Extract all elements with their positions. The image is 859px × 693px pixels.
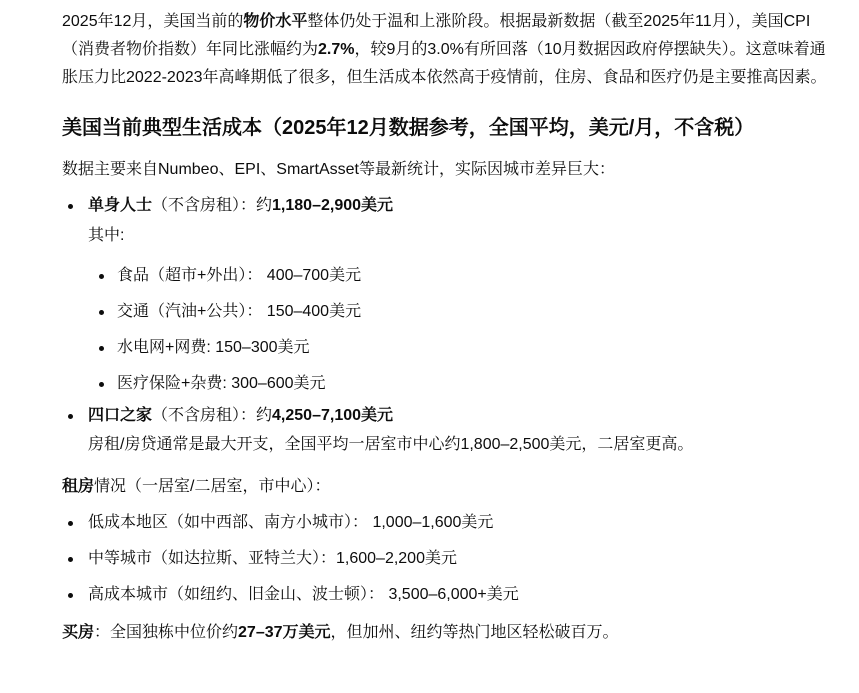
source-note-paragraph: 数据主要来自Numbeo、EPI、SmartAsset等最新统计，实际因城市差异… bbox=[62, 156, 835, 184]
intro-paragraph: 2025年12月，美国当前的物价水平整体仍处于温和上涨阶段。根据最新数据（截至2… bbox=[62, 8, 835, 92]
healthcare-line: 医疗保险+杂费: 300–600美元 bbox=[117, 370, 835, 398]
family-line: 四口之家（不含房租）：约4,250–7,100美元 bbox=[88, 402, 835, 430]
list-item-healthcare: 医疗保险+杂费: 300–600美元 bbox=[117, 370, 835, 398]
document-page: 2025年12月，美国当前的物价水平整体仍处于温和上涨阶段。根据最新数据（截至2… bbox=[0, 0, 859, 665]
list-item-transport: 交通（汽油+公共）： 150–400美元 bbox=[117, 298, 835, 326]
family-note: 房租/房贷通常是最大开支，全国平均一居室市中心约1,800–2,500美元，二居… bbox=[88, 431, 835, 459]
buy-paragraph: 买房：全国独栋中位价约27–37万美元，但加州、纽约等热门地区轻松破百万。 bbox=[62, 619, 835, 647]
section-heading: 美国当前典型生活成本（2025年12月数据参考，全国平均，美元/月，不含税） bbox=[62, 114, 835, 142]
cost-list: 单身人士（不含房租）：约1,180–2,900美元 其中: 食品（超市+外出）：… bbox=[62, 192, 835, 459]
list-item-mid-city: 中等城市（如达拉斯、亚特兰大）：1,600–2,200美元 bbox=[88, 545, 835, 573]
single-person-breakdown-list: 食品（超市+外出）： 400–700美元 交通（汽油+公共）： 150–400美… bbox=[88, 262, 835, 398]
food-line: 食品（超市+外出）： 400–700美元 bbox=[117, 262, 835, 290]
transport-line: 交通（汽油+公共）： 150–400美元 bbox=[117, 298, 835, 326]
low-cost-line: 低成本地区（如中西部、南方小城市）： 1,000–1,600美元 bbox=[88, 509, 835, 537]
mid-city-line: 中等城市（如达拉斯、亚特兰大）：1,600–2,200美元 bbox=[88, 545, 835, 573]
list-item-single-person: 单身人士（不含房租）：约1,180–2,900美元 其中: 食品（超市+外出）：… bbox=[88, 192, 835, 398]
list-item-family-of-four: 四口之家（不含房租）：约4,250–7,100美元 房租/房贷通常是最大开支，全… bbox=[88, 402, 835, 459]
list-item-food: 食品（超市+外出）： 400–700美元 bbox=[117, 262, 835, 290]
list-item-low-cost-area: 低成本地区（如中西部、南方小城市）： 1,000–1,600美元 bbox=[88, 509, 835, 537]
list-item-utilities: 水电网+网费: 150–300美元 bbox=[117, 334, 835, 362]
single-person-line: 单身人士（不含房租）：约1,180–2,900美元 bbox=[88, 192, 835, 220]
single-person-sublabel: 其中: bbox=[88, 222, 835, 250]
high-cost-line: 高成本城市（如纽约、旧金山、波士顿）： 3,500–6,000+美元 bbox=[88, 581, 835, 609]
utilities-line: 水电网+网费: 150–300美元 bbox=[117, 334, 835, 362]
list-item-high-cost-city: 高成本城市（如纽约、旧金山、波士顿）： 3,500–6,000+美元 bbox=[88, 581, 835, 609]
rent-intro-paragraph: 租房情况（一居室/二居室，市中心）： bbox=[62, 473, 835, 501]
rent-list: 低成本地区（如中西部、南方小城市）： 1,000–1,600美元 中等城市（如达… bbox=[62, 509, 835, 609]
